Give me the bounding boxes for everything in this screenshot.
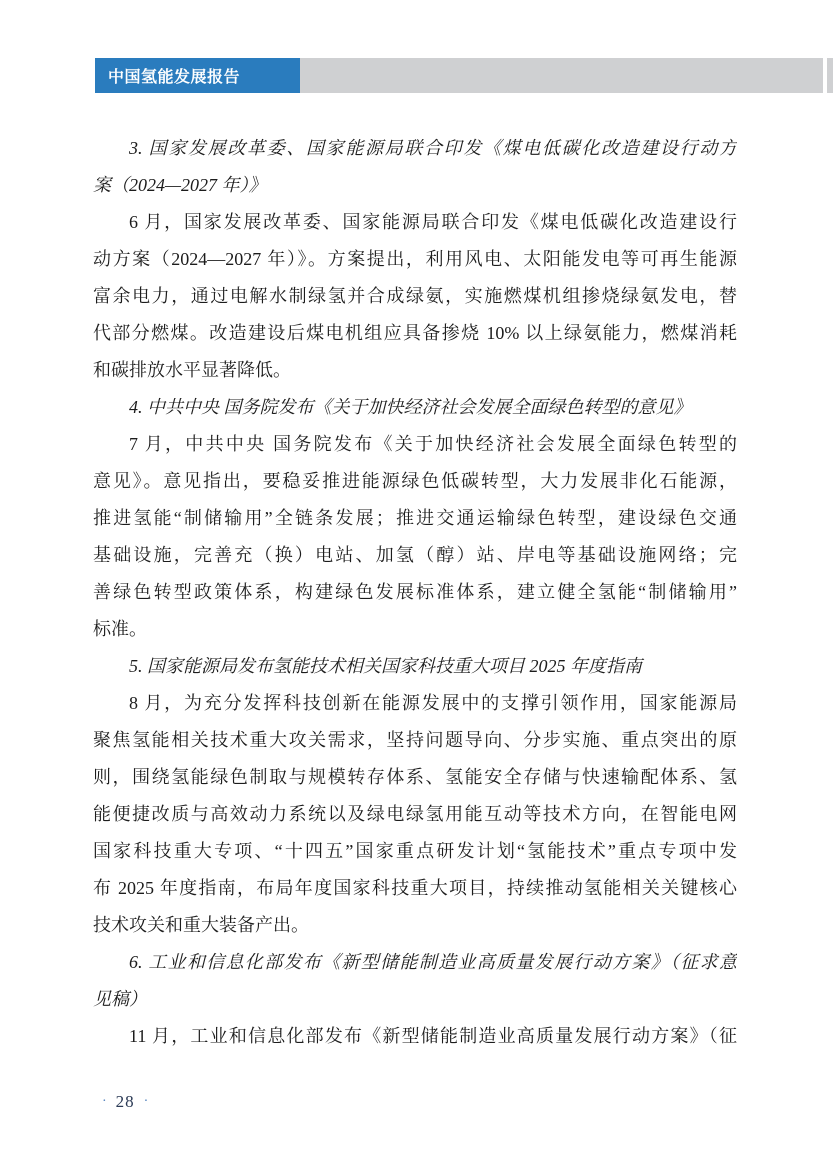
paragraph-line: 和碳排放水平显著降低。 xyxy=(93,352,737,389)
footer-dot-left: · xyxy=(102,1094,107,1110)
heading-line: 5. 国家能源局发布氢能技术相关国家科技重大项目 2025 年度指南 xyxy=(93,648,737,685)
paragraph-line: 布 2025 年度指南，布局年度国家科技重大项目，持续推动氢能相关关键核心 xyxy=(93,870,737,907)
paragraph-line: 聚焦氢能相关技术重大攻关需求，坚持问题导向、分步实施、重点突出的原 xyxy=(93,722,737,759)
heading-block: 6. 工业和信息化部发布《新型储能制造业高质量发展行动方案》（征求意见稿） xyxy=(93,944,737,1018)
paragraph-line: 善绿色转型政策体系，构建绿色发展标准体系，建立健全氢能“制储输用” xyxy=(93,574,737,611)
paragraph-line: 技术攻关和重大装备产出。 xyxy=(93,907,737,944)
paragraph-line: 动方案（2024—2027 年）》。方案提出，利用风电、太阳能发电等可再生能源 xyxy=(93,241,737,278)
page-number: 28 xyxy=(116,1092,135,1112)
paragraph-line: 则，围绕氢能绿色制取与规模转存体系、氢能安全存储与快速输配体系、氢 xyxy=(93,759,737,796)
paragraph-block: 11 月，工业和信息化部发布《新型储能制造业高质量发展行动方案》（征 xyxy=(93,1018,737,1055)
paragraph-block: 7 月，中共中央 国务院发布《关于加快经济社会发展全面绿色转型的意见》。意见指出… xyxy=(93,426,737,648)
page-header: 中国氢能发展报告 xyxy=(95,58,833,93)
footer-dot-right: · xyxy=(144,1094,149,1110)
heading-line: 案（2024—2027 年）》 xyxy=(93,167,737,204)
paragraph-line: 6 月，国家发展改革委、国家能源局联合印发《煤电低碳化改造建设行 xyxy=(93,204,737,241)
heading-line: 3. 国家发展改革委、国家能源局联合印发《煤电低碳化改造建设行动方 xyxy=(93,130,737,167)
document-body: 3. 国家发展改革委、国家能源局联合印发《煤电低碳化改造建设行动方案（2024—… xyxy=(93,130,737,1055)
header-title-box: 中国氢能发展报告 xyxy=(95,58,300,93)
paragraph-line: 富余电力，通过电解水制绿氢并合成绿氨，实施燃煤机组掺烧绿氨发电，替 xyxy=(93,278,737,315)
paragraph-line: 意见》。意见指出，要稳妥推进能源绿色低碳转型，大力发展非化石能源， xyxy=(93,463,737,500)
paragraph-line: 国家科技重大专项、“十四五”国家重点研发计划“氢能技术”重点专项中发 xyxy=(93,833,737,870)
report-title: 中国氢能发展报告 xyxy=(108,64,240,87)
heading-block: 5. 国家能源局发布氢能技术相关国家科技重大项目 2025 年度指南 xyxy=(93,648,737,685)
paragraph-line: 代部分燃煤。改造建设后煤电机组应具备掺烧 10% 以上绿氨能力，燃煤消耗 xyxy=(93,315,737,352)
paragraph-block: 6 月，国家发展改革委、国家能源局联合印发《煤电低碳化改造建设行动方案（2024… xyxy=(93,204,737,389)
header-gray-bar xyxy=(300,58,823,93)
heading-block: 4. 中共中央 国务院发布《关于加快经济社会发展全面绿色转型的意见》 xyxy=(93,389,737,426)
paragraph-line: 推进氢能“制储输用”全链条发展；推进交通运输绿色转型，建设绿色交通 xyxy=(93,500,737,537)
paragraph-line: 能便捷改质与高效动力系统以及绿电绿氢用能互动等技术方向，在智能电网 xyxy=(93,796,737,833)
page-footer: · 28 · xyxy=(93,1092,157,1112)
paragraph-line: 标准。 xyxy=(93,611,737,648)
paragraph-block: 8 月，为充分发挥科技创新在能源发展中的支撑引领作用，国家能源局聚焦氢能相关技术… xyxy=(93,685,737,944)
heading-block: 3. 国家发展改革委、国家能源局联合印发《煤电低碳化改造建设行动方案（2024—… xyxy=(93,130,737,204)
heading-line: 6. 工业和信息化部发布《新型储能制造业高质量发展行动方案》（征求意 xyxy=(93,944,737,981)
paragraph-line: 11 月，工业和信息化部发布《新型储能制造业高质量发展行动方案》（征 xyxy=(93,1018,737,1055)
heading-line: 4. 中共中央 国务院发布《关于加快经济社会发展全面绿色转型的意见》 xyxy=(93,389,737,426)
header-edge-block xyxy=(827,58,833,93)
paragraph-line: 7 月，中共中央 国务院发布《关于加快经济社会发展全面绿色转型的 xyxy=(93,426,737,463)
paragraph-line: 8 月，为充分发挥科技创新在能源发展中的支撑引领作用，国家能源局 xyxy=(93,685,737,722)
paragraph-line: 基础设施，完善充（换）电站、加氢（醇）站、岸电等基础设施网络；完 xyxy=(93,537,737,574)
document-page: 中国氢能发展报告 3. 国家发展改革委、国家能源局联合印发《煤电低碳化改造建设行… xyxy=(0,0,833,1164)
heading-line: 见稿） xyxy=(93,981,737,1018)
